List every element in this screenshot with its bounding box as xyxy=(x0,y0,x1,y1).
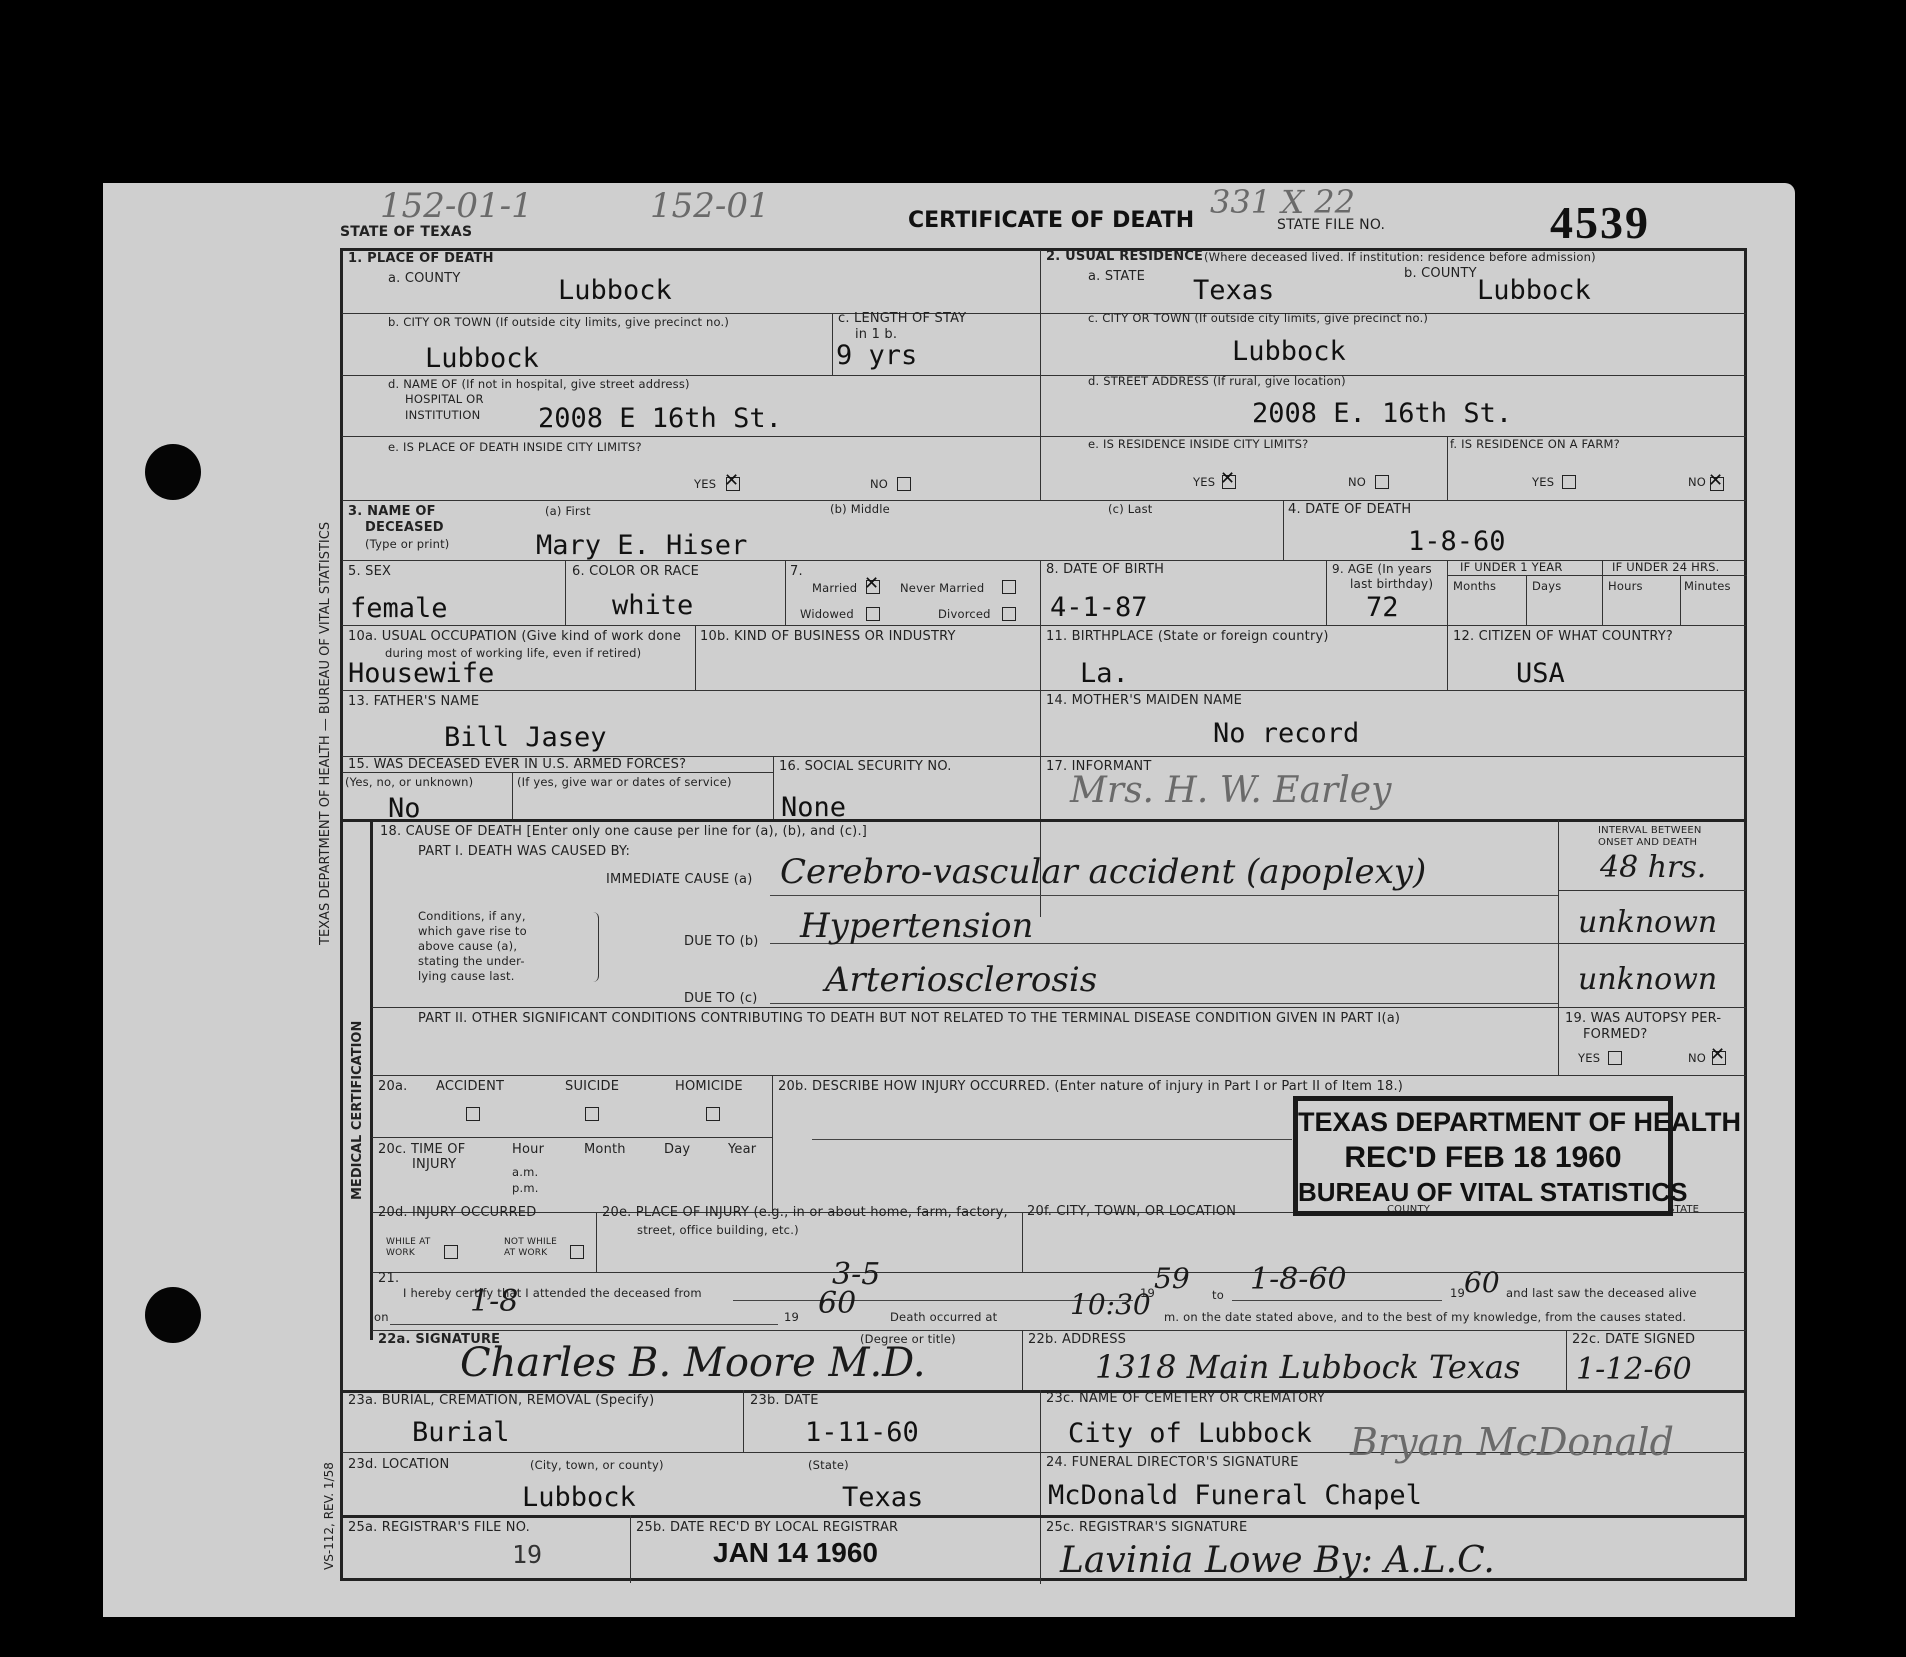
punch-hole-top xyxy=(145,444,201,500)
stamp-line-2: REC'D FEB 18 1960 xyxy=(1298,1141,1668,1175)
conditions-brace xyxy=(592,912,599,982)
marital-married-checkbox[interactable] xyxy=(866,580,880,594)
divider xyxy=(772,1075,773,1212)
divider xyxy=(342,375,1746,376)
homicide-checkbox[interactable] xyxy=(706,1107,720,1121)
month-label: Month xyxy=(584,1143,626,1157)
citizen-value: USA xyxy=(1516,658,1565,689)
underline xyxy=(390,1324,778,1325)
due-to-b-label: DUE TO (b) xyxy=(684,935,759,949)
conditions-note-3: above cause (a), xyxy=(418,940,517,953)
hospital-label-2: HOSPITAL OR xyxy=(405,393,484,406)
divider xyxy=(773,756,774,820)
divider xyxy=(372,1075,1746,1076)
underline xyxy=(770,895,1558,896)
autopsy-label: 19. WAS AUTOPSY PER- xyxy=(1565,1012,1721,1026)
certification-text-2: and last saw the deceased alive xyxy=(1506,1287,1697,1300)
divider xyxy=(342,625,1746,626)
residence-inside-no-checkbox[interactable] xyxy=(1375,475,1389,489)
disposition-label: 23a. BURIAL, CREMATION, REMOVAL (Specify… xyxy=(348,1394,654,1408)
divider xyxy=(596,1212,597,1272)
ssn-value: None xyxy=(781,792,846,823)
divider xyxy=(1022,1330,1023,1390)
injury-type-label: 20a. xyxy=(378,1080,407,1094)
place-of-injury-label: 20e. PLACE OF INJURY (e.g., in or about … xyxy=(602,1206,1008,1220)
conditions-note-4: stating the under- xyxy=(418,955,525,968)
citizen-label: 12. CITIZEN OF WHAT COUNTRY? xyxy=(1453,630,1673,644)
injury-description-label: 20b. DESCRIBE HOW INJURY OCCURRED. (Ente… xyxy=(778,1080,1403,1094)
handwritten-ref-3: 331 X 22 xyxy=(1210,183,1355,221)
ssn-label: 16. SOCIAL SECURITY NO. xyxy=(779,760,952,774)
divider xyxy=(695,625,696,690)
divider xyxy=(1040,1390,1041,1584)
document-title: CERTIFICATE OF DEATH xyxy=(908,208,1194,233)
name-label: 3. NAME OF xyxy=(348,505,436,519)
interval-c-value: unknown xyxy=(1578,962,1717,997)
place-of-death-label: 1. PLACE OF DEATH xyxy=(348,252,494,266)
hours-label: Hours xyxy=(1608,580,1643,593)
physician-signature: Charles B. Moore M.D. xyxy=(460,1340,926,1386)
immediate-cause-label: IMMEDIATE CAUSE (a) xyxy=(606,873,753,887)
physician-address-value: 1318 Main Lubbock Texas xyxy=(1095,1348,1520,1386)
date-signed-label: 22c. DATE SIGNED xyxy=(1572,1333,1695,1347)
location-state-label: (State) xyxy=(808,1459,849,1472)
birthplace-value: La. xyxy=(1080,658,1129,689)
due-to-b-value: Hypertension xyxy=(800,906,1033,946)
divider xyxy=(370,820,373,1340)
death-inside-yes-label: YES xyxy=(694,478,716,491)
death-inside-no-label: NO xyxy=(870,478,888,491)
death-county-value: Lubbock xyxy=(558,275,672,306)
last-seen-year: 60 xyxy=(818,1286,856,1321)
underline xyxy=(1232,1300,1442,1301)
immediate-cause-value: Cerebro-vascular accident (apoplexy) xyxy=(780,852,1426,892)
disposition-value: Burial xyxy=(412,1417,510,1448)
marital-never-married-checkbox[interactable] xyxy=(1002,580,1016,594)
age-value: 72 xyxy=(1366,592,1399,623)
divider xyxy=(832,313,833,375)
while-at-work-checkbox[interactable] xyxy=(444,1245,458,1259)
to-label: to xyxy=(1212,1289,1224,1302)
burial-date-value: 1-11-60 xyxy=(805,1417,919,1448)
divider xyxy=(1602,560,1603,625)
handwritten-ref-1: 152-01-1 xyxy=(380,186,533,226)
form-number-label: VS-112, REV. 1/58 xyxy=(322,1462,336,1570)
accident-label: ACCIDENT xyxy=(436,1080,504,1094)
residence-state-label: a. STATE xyxy=(1088,270,1145,284)
marital-widowed-label: Widowed xyxy=(800,608,854,621)
location-city-label: (City, town, or county) xyxy=(530,1459,664,1472)
physician-address-label: 22b. ADDRESS xyxy=(1028,1333,1126,1347)
death-occurred-label: Death occurred at xyxy=(890,1311,997,1324)
am-label: a.m. xyxy=(512,1166,538,1179)
name-label-3: (Type or print) xyxy=(365,538,449,551)
conditions-note-2: which gave rise to xyxy=(418,925,527,938)
not-while-at-work-label-2: AT WORK xyxy=(504,1249,547,1259)
divider xyxy=(1558,820,1559,1075)
marital-divorced-label: Divorced xyxy=(938,608,991,621)
divider xyxy=(1558,1007,1746,1008)
middle-name-label: (b) Middle xyxy=(830,503,890,516)
due-to-c-value: Arteriosclerosis xyxy=(825,960,1097,1000)
location-city-value: Lubbock xyxy=(522,1482,636,1513)
registrar-file-no-value: 19 xyxy=(512,1540,542,1569)
pm-label: p.m. xyxy=(512,1182,539,1195)
deceased-name-value: Mary E. Hiser xyxy=(536,530,747,561)
while-at-work-label: WHILE AT xyxy=(386,1238,430,1248)
to-year-prefix: 19 xyxy=(1450,1287,1465,1300)
father-value: Bill Jasey xyxy=(444,722,607,753)
registrar-file-no-label: 25a. REGISTRAR'S FILE NO. xyxy=(348,1521,530,1535)
residence-inside-limits-label: e. IS RESIDENCE INSIDE CITY LIMITS? xyxy=(1088,438,1309,451)
funeral-director-label: 24. FUNERAL DIRECTOR'S SIGNATURE xyxy=(1046,1456,1299,1470)
conditions-note-5: lying cause last. xyxy=(418,970,515,983)
armed-forces-label: 15. WAS DECEASED EVER IN U.S. ARMED FORC… xyxy=(348,758,686,772)
divider xyxy=(342,313,1746,314)
residence-farm-yes-checkbox[interactable] xyxy=(1562,475,1576,489)
divider xyxy=(1566,1330,1567,1390)
state-file-label: STATE FILE NO. xyxy=(1277,218,1385,233)
divider xyxy=(372,1137,772,1138)
usual-residence-note: (Where deceased lived. If institution: r… xyxy=(1204,251,1596,264)
cemetery-value: City of Lubbock xyxy=(1068,1418,1312,1449)
divider xyxy=(743,1390,744,1452)
occupation-value: Housewife xyxy=(348,658,494,689)
hospital-label: d. NAME OF (If not in hospital, give str… xyxy=(388,378,690,391)
agency-vertical-label: TEXAS DEPARTMENT OF HEALTH — BUREAU OF V… xyxy=(318,522,333,945)
residence-county-value: Lubbock xyxy=(1477,275,1591,306)
armed-forces-sublabel-2: (If yes, give war or dates of service) xyxy=(517,776,732,789)
due-to-c-label: DUE TO (c) xyxy=(684,992,757,1006)
cemetery-label: 23c. NAME OF CEMETERY OR CREMATORY xyxy=(1046,1392,1325,1406)
marital-widowed-checkbox[interactable] xyxy=(866,607,880,621)
state-label: STATE OF TEXAS xyxy=(340,225,472,240)
divider xyxy=(342,819,1746,822)
sex-value: female xyxy=(350,593,448,624)
first-name-label: (a) First xyxy=(545,505,591,518)
not-while-at-work-label: NOT WHILE xyxy=(504,1238,557,1248)
hospital-value: 2008 E 16th St. xyxy=(538,403,782,434)
divider xyxy=(1283,500,1284,560)
residence-inside-no-label: NO xyxy=(1348,476,1366,489)
location-state-value: Texas xyxy=(842,1482,923,1513)
marital-never-married-label: Never Married xyxy=(900,582,984,595)
divider xyxy=(785,560,786,625)
mother-value: No record xyxy=(1213,718,1359,749)
punch-hole-bottom xyxy=(145,1287,201,1343)
divider xyxy=(1558,943,1746,944)
interval-label-2: ONSET AND DEATH xyxy=(1598,837,1697,848)
hospital-label-3: INSTITUTION xyxy=(405,409,480,422)
county-label: a. COUNTY xyxy=(388,272,460,286)
interval-label-1: INTERVAL BETWEEN xyxy=(1598,825,1702,836)
age-label-2: last birthday) xyxy=(1350,578,1433,591)
stamp-line-3: BUREAU OF VITAL STATISTICS xyxy=(1298,1177,1668,1208)
day-label: Day xyxy=(664,1143,690,1157)
not-while-at-work-checkbox[interactable] xyxy=(570,1245,584,1259)
stamp-line-1: TEXAS DEPARTMENT OF HEALTH xyxy=(1298,1107,1668,1138)
injury-occurred-label: 20d. INJURY OCCURRED xyxy=(378,1206,536,1220)
usual-residence-label: 2. USUAL RESIDENCE xyxy=(1046,250,1203,264)
certification-text-3: m. on the date stated above, and to the … xyxy=(1164,1311,1686,1324)
certification-text-1: I hereby certify that I attended the dec… xyxy=(403,1287,702,1300)
armed-forces-sublabel-1: (Yes, no, or unknown) xyxy=(345,776,473,789)
underline xyxy=(812,1139,1292,1140)
residence-farm-no-checkbox[interactable] xyxy=(1710,477,1724,491)
divider xyxy=(372,1272,1746,1273)
race-label: 6. COLOR OR RACE xyxy=(572,565,699,579)
funeral-director-value: McDonald Funeral Chapel xyxy=(1048,1480,1422,1511)
divider xyxy=(565,560,566,625)
residence-city-value: Lubbock xyxy=(1232,336,1346,367)
divider xyxy=(1447,575,1747,576)
city-label: b. CITY OR TOWN (If outside city limits,… xyxy=(388,316,729,329)
residence-farm-no-label: NO xyxy=(1688,476,1706,489)
last-seen-year-prefix: 19 xyxy=(784,1311,799,1324)
residence-inside-yes-checkbox[interactable] xyxy=(1222,475,1236,489)
attended-to-year: 60 xyxy=(1464,1266,1500,1299)
divider xyxy=(512,772,513,820)
divider xyxy=(1558,890,1746,891)
handwritten-ref-2: 152-01 xyxy=(650,186,770,226)
last-name-label: (c) Last xyxy=(1108,503,1153,516)
hour-label: Hour xyxy=(512,1143,544,1157)
industry-label: 10b. KIND OF BUSINESS OR INDUSTRY xyxy=(700,630,956,644)
days-label: Days xyxy=(1532,580,1562,593)
injury-city-label: 20f. CITY, TOWN, OR LOCATION xyxy=(1027,1205,1236,1219)
attended-to-value: 1-8-60 xyxy=(1250,1262,1347,1297)
marital-married-label: Married xyxy=(812,582,857,595)
suicide-label: SUICIDE xyxy=(565,1080,619,1094)
last-seen-value: 1-8 xyxy=(470,1284,518,1319)
dob-value: 4-1-87 xyxy=(1050,592,1148,623)
armed-forces-value: No xyxy=(388,793,421,824)
date-received-value: JAN 14 1960 xyxy=(713,1537,878,1569)
certification-item-label: 21. xyxy=(378,1272,399,1286)
length-of-stay-value: 9 yrs xyxy=(836,340,917,371)
burial-location-label: 23d. LOCATION xyxy=(348,1458,449,1472)
divider xyxy=(372,1330,1746,1331)
cause-of-death-label: 18. CAUSE OF DEATH [Enter only one cause… xyxy=(380,825,867,839)
part2-label: PART II. OTHER SIGNIFICANT CONDITIONS CO… xyxy=(418,1012,1400,1026)
divider xyxy=(372,1007,1558,1008)
registrar-signature: Lavinia Lowe By: A.L.C. xyxy=(1060,1540,1495,1581)
accident-checkbox[interactable] xyxy=(466,1107,480,1121)
marital-label: 7. xyxy=(790,565,803,579)
interval-b-value: unknown xyxy=(1578,905,1717,940)
death-inside-yes-checkbox[interactable] xyxy=(726,477,740,491)
while-at-work-label-2: WORK xyxy=(386,1249,415,1259)
residence-farm-yes-label: YES xyxy=(1532,476,1554,489)
place-of-injury-label-2: street, office building, etc.) xyxy=(637,1224,799,1237)
occupation-label: 10a. USUAL OCCUPATION (Give kind of work… xyxy=(348,630,681,644)
residence-street-label: d. STREET ADDRESS (If rural, give locati… xyxy=(1088,375,1346,388)
under-1-year-label: IF UNDER 1 YEAR xyxy=(1460,561,1563,574)
autopsy-yes-checkbox[interactable] xyxy=(1608,1051,1622,1065)
birthplace-label: 11. BIRTHPLACE (State or foreign country… xyxy=(1046,630,1329,644)
autopsy-yes-label: YES xyxy=(1578,1052,1600,1065)
name-label-2: DECEASED xyxy=(365,521,444,535)
suicide-checkbox[interactable] xyxy=(585,1107,599,1121)
sex-label: 5. SEX xyxy=(348,565,391,579)
interval-a-value: 48 hrs. xyxy=(1600,850,1706,885)
informant-signature: Mrs. H. W. Earley xyxy=(1070,770,1391,811)
divider xyxy=(630,1515,631,1583)
state-file-number: 4539 xyxy=(1550,196,1650,249)
death-time-value: 10:30 xyxy=(1070,1288,1151,1321)
under-24-hrs-label: IF UNDER 24 HRS. xyxy=(1612,561,1720,574)
marital-divorced-checkbox[interactable] xyxy=(1002,607,1016,621)
part1-label: PART I. DEATH WAS CAUSED BY: xyxy=(418,845,630,859)
divider xyxy=(1680,575,1681,625)
dob-label: 8. DATE OF BIRTH xyxy=(1046,563,1164,577)
divider xyxy=(342,500,1746,501)
inside-city-limits-label: e. IS PLACE OF DEATH INSIDE CITY LIMITS? xyxy=(388,441,642,454)
date-of-death-label: 4. DATE OF DEATH xyxy=(1288,503,1411,517)
autopsy-no-label: NO xyxy=(1688,1052,1706,1065)
residence-farm-label: f. IS RESIDENCE ON A FARM? xyxy=(1450,438,1620,451)
residence-county-label: b. COUNTY xyxy=(1404,267,1477,281)
divider xyxy=(342,690,1746,691)
divider xyxy=(342,1515,1746,1518)
autopsy-no-checkbox[interactable] xyxy=(1712,1051,1726,1065)
received-stamp: TEXAS DEPARTMENT OF HEALTH REC'D FEB 18 … xyxy=(1293,1096,1673,1216)
death-city-value: Lubbock xyxy=(425,343,539,374)
divider xyxy=(1326,560,1327,625)
residence-city-label: c. CITY OR TOWN (If outside city limits,… xyxy=(1088,312,1428,325)
divider xyxy=(1447,436,1448,500)
residence-state-value: Texas xyxy=(1193,275,1274,306)
underline xyxy=(770,1003,1558,1004)
race-value: white xyxy=(612,590,693,621)
attended-from-year: 59 xyxy=(1154,1262,1190,1295)
divider xyxy=(1526,575,1527,625)
conditions-note-1: Conditions, if any, xyxy=(418,910,526,923)
age-label: 9. AGE (In years xyxy=(1332,563,1432,576)
divider xyxy=(1022,1212,1023,1272)
time-of-injury-label-2: INJURY xyxy=(412,1158,456,1172)
time-of-injury-label: 20c. TIME OF xyxy=(378,1143,465,1157)
mother-label: 14. MOTHER'S MAIDEN NAME xyxy=(1046,694,1242,708)
on-label: on xyxy=(374,1311,389,1324)
date-of-death-value: 1-8-60 xyxy=(1408,526,1506,557)
burial-date-label: 23b. DATE xyxy=(750,1394,819,1408)
death-inside-no-checkbox[interactable] xyxy=(897,477,911,491)
months-label: Months xyxy=(1453,580,1496,593)
registrar-signature-label: 25c. REGISTRAR'S SIGNATURE xyxy=(1046,1521,1247,1535)
funeral-director-signature: Bryan McDonald xyxy=(1350,1420,1674,1464)
residence-street-value: 2008 E. 16th St. xyxy=(1252,398,1512,429)
minutes-label: Minutes xyxy=(1684,580,1731,593)
homicide-label: HOMICIDE xyxy=(675,1080,743,1094)
autopsy-label-2: FORMED? xyxy=(1583,1028,1647,1042)
length-of-stay-label: c. LENGTH OF STAY xyxy=(838,312,966,326)
year-label: Year xyxy=(728,1143,756,1157)
father-label: 13. FATHER'S NAME xyxy=(348,695,479,709)
date-received-label: 25b. DATE REC'D BY LOCAL REGISTRAR xyxy=(636,1521,898,1535)
date-signed-value: 1-12-60 xyxy=(1576,1352,1692,1387)
residence-inside-yes-label: YES xyxy=(1193,476,1215,489)
